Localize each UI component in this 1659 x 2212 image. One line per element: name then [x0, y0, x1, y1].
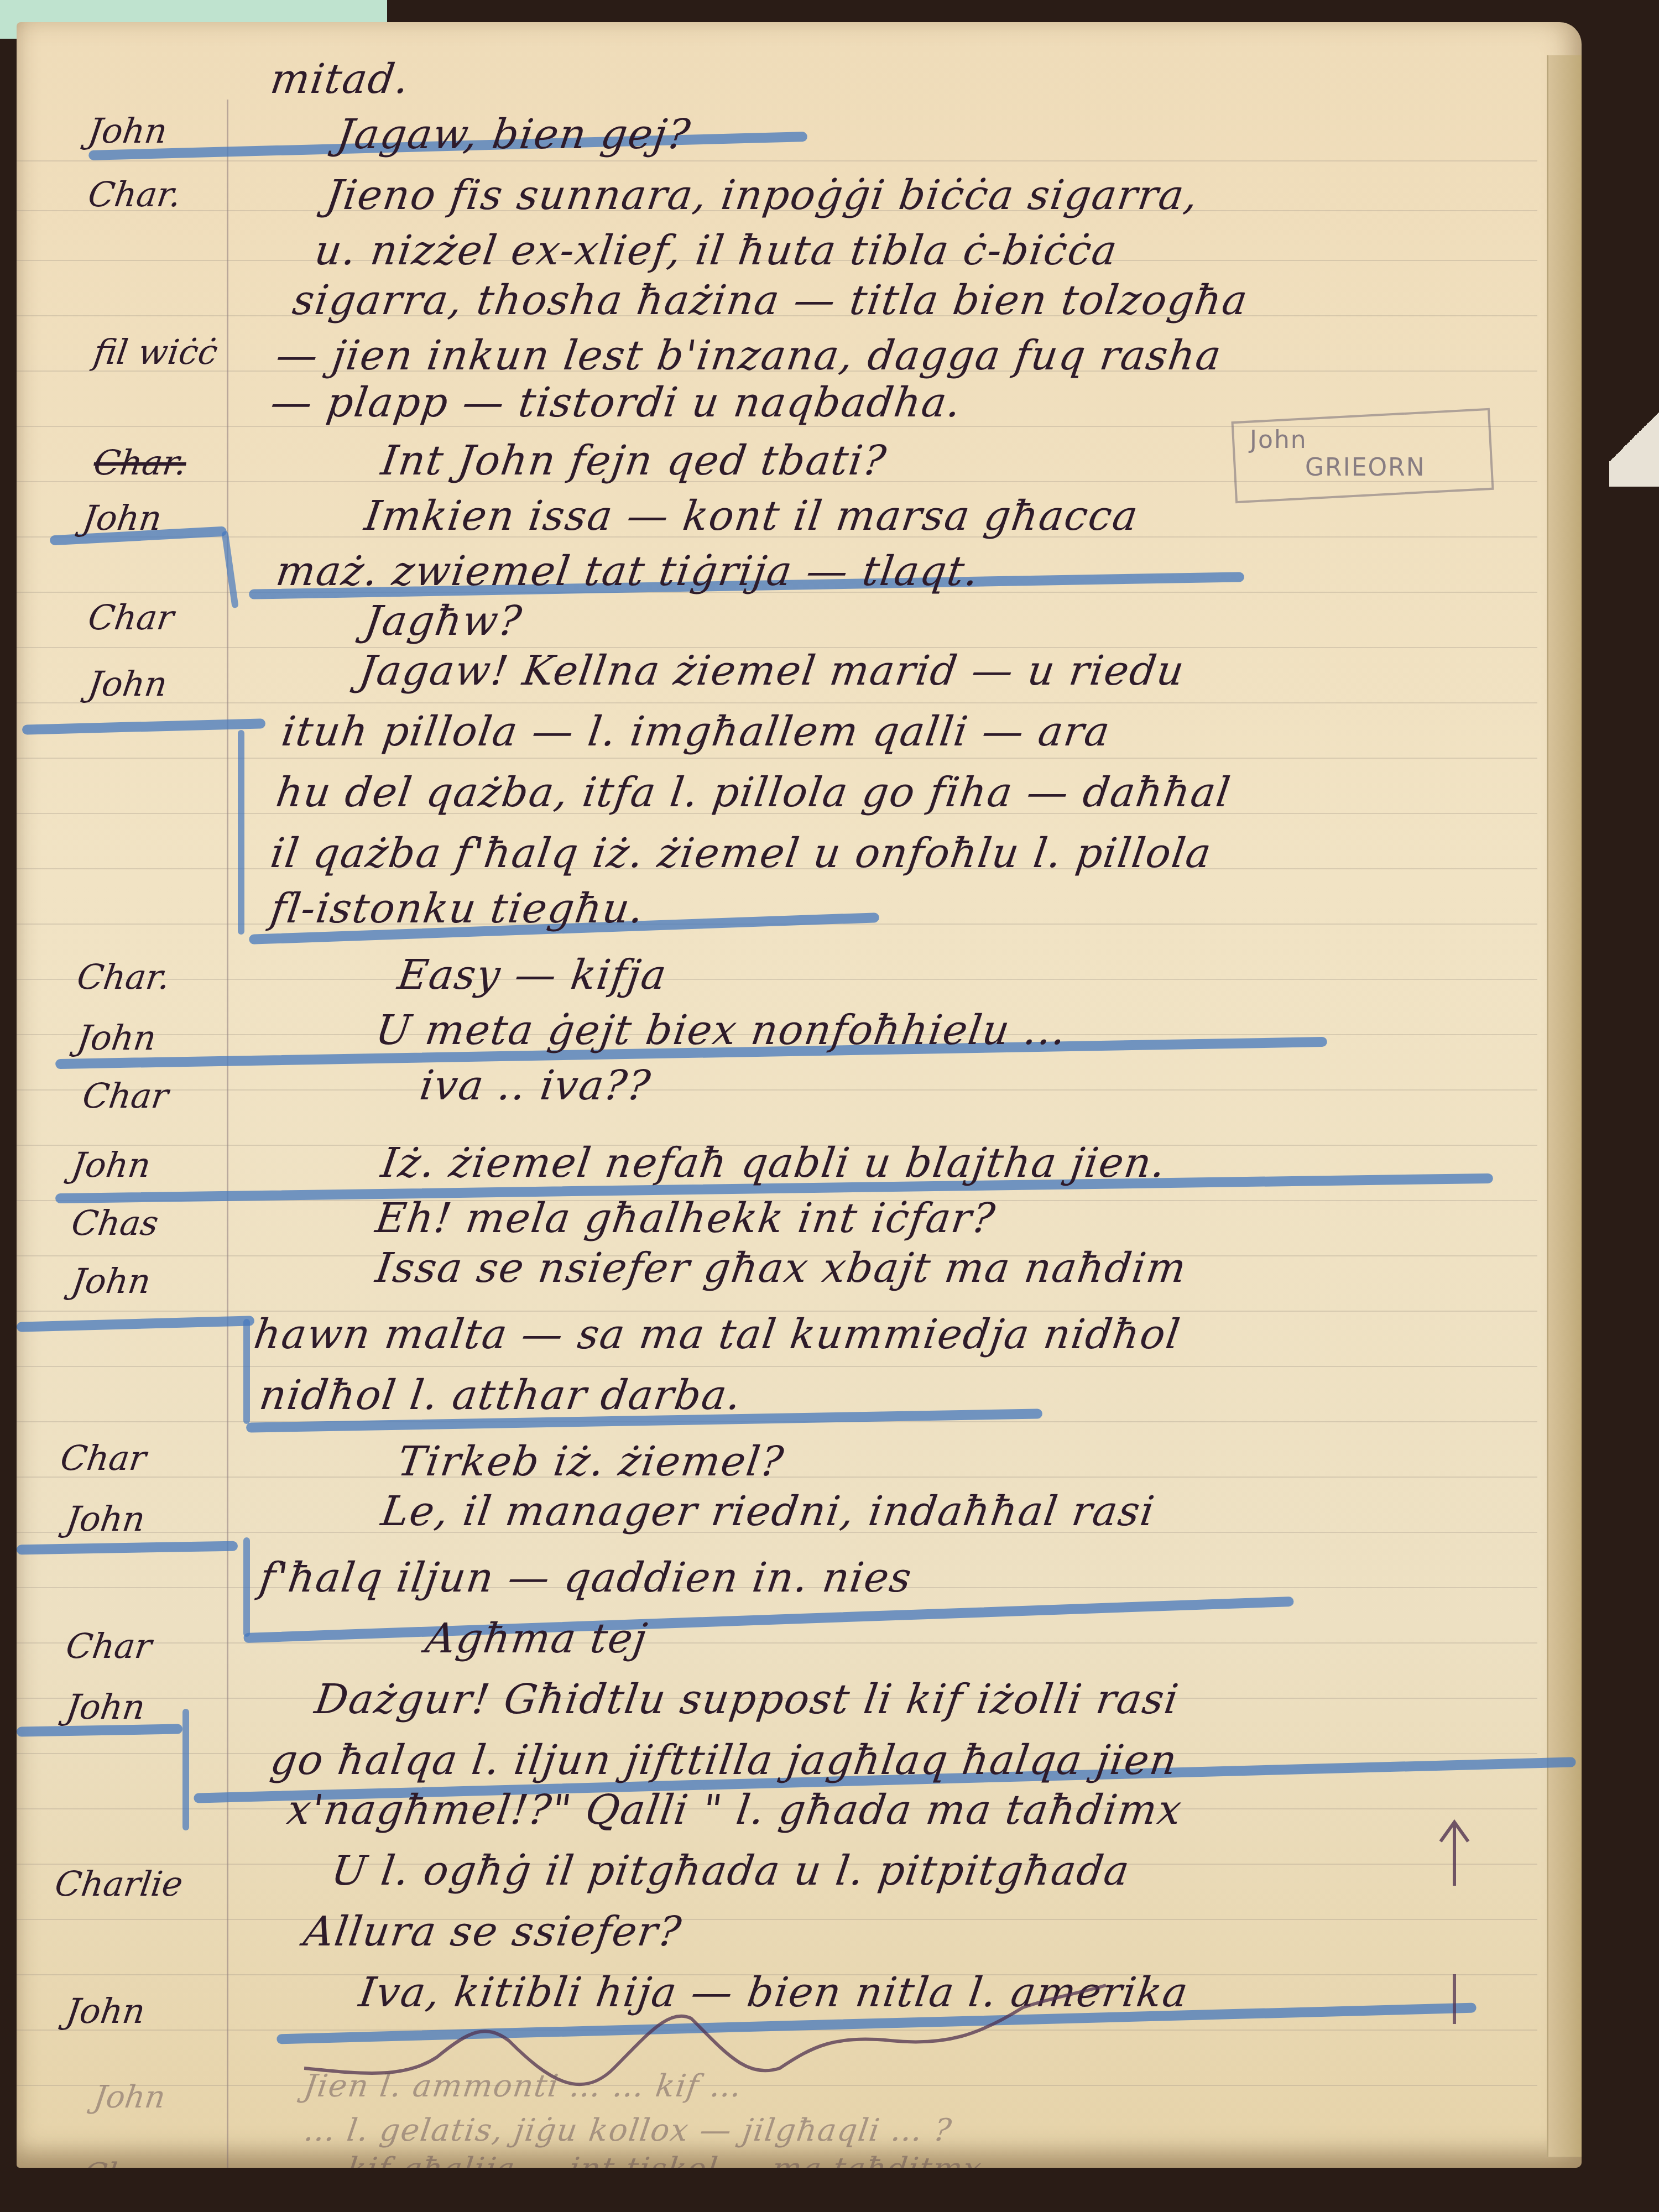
speaker-label: fil wiċċ [91, 332, 221, 372]
dialogue-line: go ħalqa l. iljun jifttilla jagħlaq ħalq… [268, 1736, 1181, 1784]
dialogue-line: Tirkeb iż. żiemel? [395, 1438, 787, 1485]
speaker-label: Char. [86, 174, 184, 215]
dialogue-line: maż. zwiemel tat tiġrija — tlaqt. [273, 547, 983, 595]
speaker-label: John [64, 1687, 148, 1727]
dialogue-line: Jagħw? [362, 597, 525, 645]
dialogue-line: ituh pillola — l. imgħallem qalli — ara [279, 708, 1114, 755]
dialogue-line: Allura se ssiefer? [301, 1908, 685, 1955]
dialogue-line: Dażgur! Għidtlu suppost li kif iżolli ra… [312, 1676, 1182, 1723]
dialogue-line: fl-istonku tiegħu. [268, 885, 648, 932]
dialogue-line: Jagaw! Kellna żiemel marid — u riedu [356, 647, 1188, 695]
pen-nib [1609, 387, 1659, 487]
dialogue-line: Jieno fis sunnara, inpoġġi biċċa sigarra… [323, 171, 1202, 219]
dialogue-line: Eh! mela għalhekk int iċfar? [373, 1194, 999, 1242]
speaker-label: Char [80, 1076, 171, 1116]
speaker-label: Chas [69, 1203, 161, 1243]
speaker-label: John [69, 1145, 153, 1185]
dialogue-line: Easy — kifja [395, 951, 670, 999]
dialogue-line: Agħma tej [422, 1615, 651, 1662]
blue-underline [243, 1597, 1293, 1643]
dialogue-line: — plapp — tistordi u naqbadha. [268, 379, 965, 426]
dialogue-line: iva .. iva?? [417, 1062, 654, 1109]
dialogue-line: hu del qażba, itfa l. pillola go fiha — … [273, 769, 1234, 816]
blue-bracket [238, 730, 244, 935]
pencil-note-line2: GRIEORN [1305, 453, 1426, 482]
blue-bracket [221, 531, 238, 608]
dialogue-line: Issa se nsiefer għax xbajt ma naħdim [373, 1244, 1190, 1292]
page-edge [1547, 55, 1582, 2157]
ruled-line [17, 1919, 1537, 1920]
ruled-line [17, 1642, 1537, 1644]
dialogue-line: il qażba f'ħalq iż. żiemel u onfoħlu l. … [268, 830, 1215, 877]
blue-underline [22, 718, 265, 735]
faint-pencil-line: … kif għalija — int tiskol … ma taħditmx… [301, 2151, 1027, 2168]
speaker-label: John [75, 1018, 159, 1058]
speaker-label: Char. [75, 957, 173, 997]
dialogue-line: u. nizżel ex-xlief, il ħuta tibla ċ-biċċ… [312, 227, 1121, 274]
arrow-up-icon [1432, 1819, 1477, 1886]
dialogue-line: U l. ogħġ il pitgħada u l. pitpitgħada [328, 1847, 1133, 1895]
speaker-label: Char [64, 1626, 154, 1666]
dialogue-line: Int John fejn qed tbati? [378, 437, 890, 484]
blue-bracket [243, 1319, 250, 1424]
speaker-label: John [69, 1261, 153, 1301]
ruled-line [17, 160, 1537, 161]
ruled-line [17, 1089, 1537, 1091]
speaker-label: John [86, 111, 170, 151]
blue-underline [17, 1541, 238, 1555]
ruled-line [17, 758, 1537, 759]
speaker-label: Charlie [53, 1864, 186, 1904]
blue-bracket [182, 1709, 189, 1830]
speaker-label: Char [58, 1438, 149, 1478]
dialogue-line: Jagaw, bien gej? [334, 111, 694, 158]
dialogue-line: mitad. [268, 55, 413, 103]
faint-pencil-line: Jien l. ammonti … … kif … [301, 2068, 745, 2104]
ruled-line [17, 979, 1537, 980]
notebook-page: John GRIEORN John Char. fil wiċċ Char. J… [17, 22, 1582, 2168]
dialogue-line: sigarra, thosha ħażina — titla bien tolz… [290, 276, 1251, 324]
margin-line [227, 100, 228, 2168]
dialogue-line: U meta ġejt biex nonfoħhielu ... [373, 1006, 1070, 1054]
ruled-line [17, 702, 1537, 703]
dialogue-line: Le, il manager riedni, indaħħal rasi [378, 1488, 1158, 1535]
dialogue-line: Iż. żiemel nefaħ qabli u blajtha jien. [378, 1139, 1170, 1187]
blue-underline [17, 1316, 254, 1332]
speaker-label-struck: Char. [91, 442, 189, 483]
speaker-label: John [64, 1499, 148, 1539]
dialogue-line: — jien inkun lest b'inzana, dagga fuq ra… [273, 332, 1225, 379]
speaker-label: John [80, 498, 164, 538]
blue-bracket [243, 1537, 250, 1637]
dialogue-line: hawn malta — sa ma tal kummiedja nidħol [251, 1311, 1184, 1358]
faint-pencil-line: … l. gelatis, jiġu kollox — jilgħaqli … … [301, 2112, 954, 2148]
speaker-label: John [86, 664, 170, 704]
dialogue-line: nidħol l. atthar darba. [257, 1371, 745, 1419]
faint-speaker-label: Char [80, 2157, 162, 2168]
pencil-note-line1: John [1250, 426, 1307, 454]
speaker-label: John [64, 1991, 148, 2031]
dialogue-line: x'nagħmel!?" Qalli " l. għada ma taħdimx [284, 1786, 1186, 1834]
dialogue-line: f'ħalq iljun — qaddien in. nies [257, 1554, 915, 1601]
speaker-label: Char [86, 597, 176, 638]
dialogue-line: Imkien issa — kont il marsa għacca [362, 492, 1141, 540]
faint-speaker-label: John [91, 2079, 167, 2115]
